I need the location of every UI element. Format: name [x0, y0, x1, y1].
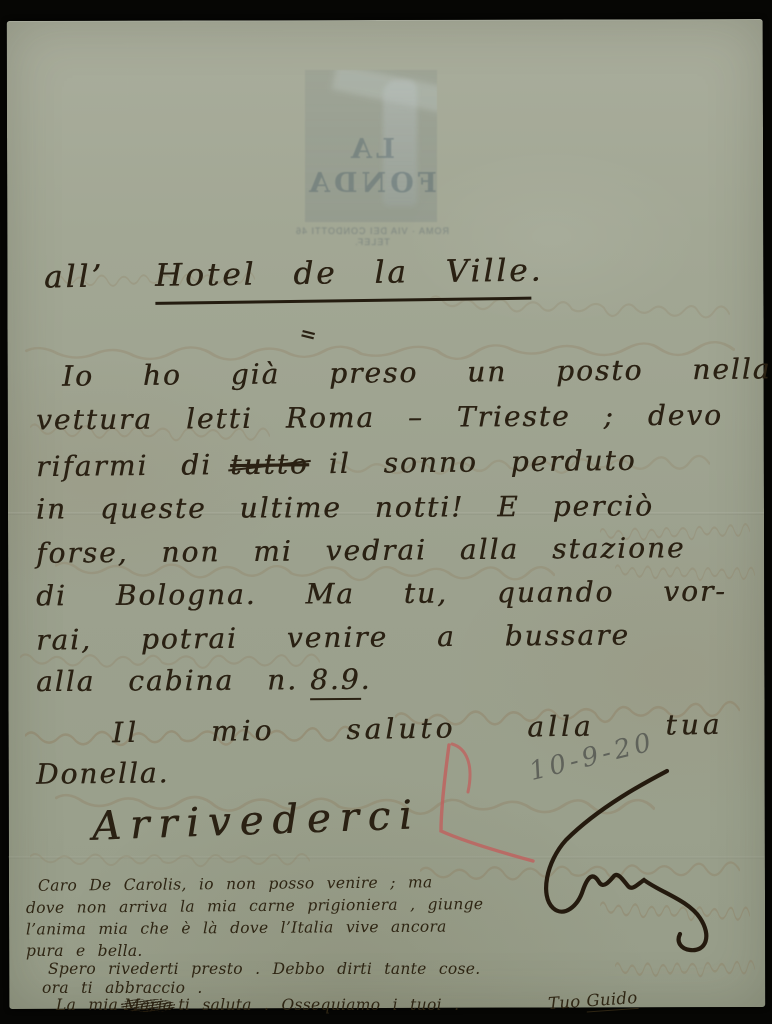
- postscript-line-3: l’anima mia che è là dove l’Italia vive …: [26, 918, 447, 939]
- signoff-tuo: Tuo: [547, 992, 581, 1013]
- postscript-line-6: ora ti abbraccio .: [42, 979, 203, 997]
- struck-word: tutto: [230, 447, 309, 481]
- letterhead-logo-bleedthrough: LA FONDA: [305, 70, 437, 222]
- postscript-line-4: pura e bella.: [26, 942, 143, 960]
- body-line-4: in queste ultime notti! E perciò: [36, 489, 654, 525]
- cabin-line-period: .: [360, 663, 371, 696]
- letterhead-word-la: LA: [305, 134, 437, 165]
- salutation-prefix: all’: [44, 259, 105, 296]
- letterhead-phone-line: TELEF.: [288, 237, 456, 248]
- body-line-2: vettura letti Roma – Trieste ; devo: [36, 399, 723, 437]
- postscript-line-7: La miaMariati saluta . Ossequiamo i tuoi…: [56, 996, 459, 1014]
- cabin-line-text: alla cabina n.: [36, 663, 298, 698]
- salutation-period: .: [530, 253, 543, 289]
- letterhead-address-bleedthrough: ROMA · VIA DEI CONDOTTI 46 TELEF.: [288, 226, 456, 248]
- regards-line-2: Donella.: [36, 756, 170, 790]
- body-line-3-end: il sonno perduto: [329, 444, 637, 480]
- cabin-number: 8.9: [310, 663, 361, 700]
- body-line-8: alla cabina n.8.9.: [36, 663, 372, 698]
- body-line-3: rifarmi dituttoil sonno perduto: [36, 444, 637, 483]
- body-line-3-start: rifarmi di: [36, 448, 212, 483]
- salutation-hotel-name: Hotel de la Ville: [155, 253, 531, 305]
- body-line-6: di Bologna. Ma tu, quando vor-: [36, 575, 727, 613]
- signoff-guido: Guido: [586, 988, 638, 1013]
- scribbled-name: Maria: [124, 996, 172, 1014]
- postscript-line-5: Spero rivederti presto . Debbo dirti tan…: [48, 960, 480, 978]
- body-line-5: forse, non mi vedrai alla stazione: [36, 531, 686, 570]
- letterhead-address-line: ROMA · VIA DEI CONDOTTI 46: [288, 226, 456, 237]
- letterhead-word-fonda: FONDA: [305, 168, 437, 199]
- postscript-line-7-end: ti saluta . Ossequiamo i tuoi .: [178, 996, 459, 1014]
- postscript-line-1: Caro De Carolis, io non posso venire ; m…: [38, 873, 433, 894]
- salutation-line: all’ Hotel de la Ville.: [44, 253, 544, 296]
- postscript-line-7-start: La mia: [56, 996, 118, 1014]
- scanned-letter-page: LA FONDA ROMA · VIA DEI CONDOTTI 46 TELE…: [0, 0, 772, 1024]
- body-line-7: rai, potrai venire a bussare: [36, 618, 630, 656]
